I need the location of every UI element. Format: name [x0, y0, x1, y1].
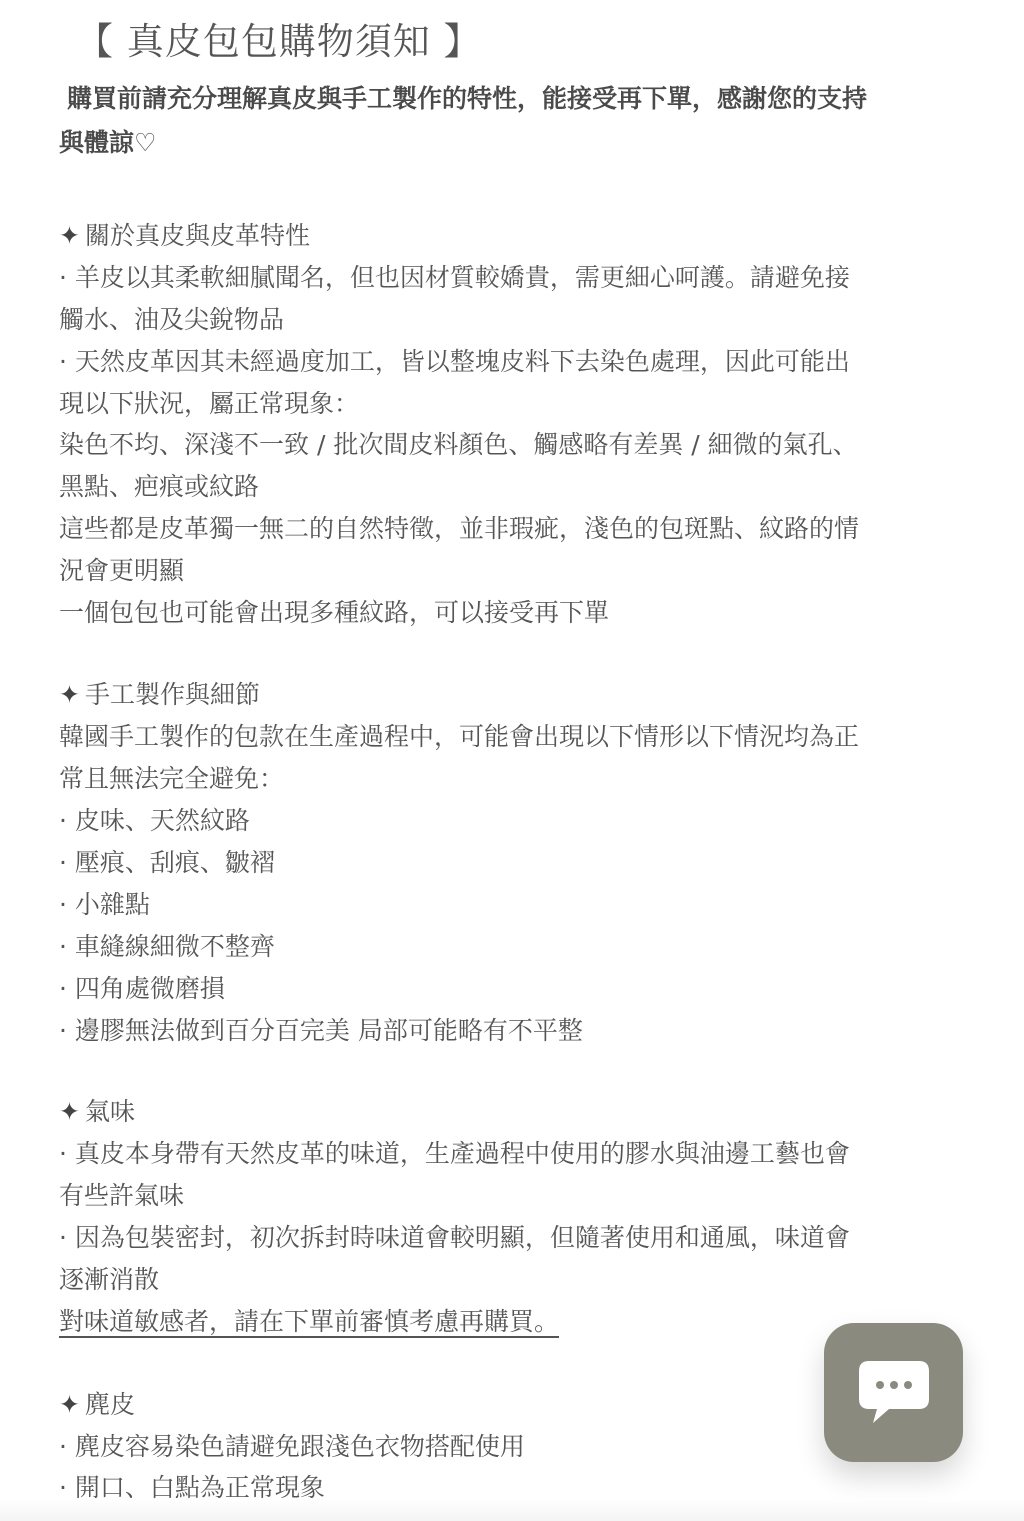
- list-item: · 小雜點: [59, 884, 150, 926]
- intro-line-1: 購買前請充分理解真皮與手工製作的特性，能接受再下單，感謝您的支持: [59, 77, 974, 121]
- text-line: 黑點、疤痕或紋路: [59, 466, 259, 508]
- intro-notice: 購買前請充分理解真皮與手工製作的特性，能接受再下單，感謝您的支持 與體諒♡: [59, 77, 974, 165]
- star-icon: ✦: [59, 1384, 85, 1426]
- text-line: · 真皮本身帶有天然皮革的味道，生產過程中使用的膠水與油邊工藝也會: [59, 1133, 850, 1175]
- list-item: · 皮味、天然紋路: [59, 800, 250, 842]
- text-line: 現以下狀況，屬正常現象：: [59, 383, 359, 425]
- text-line: 有些許氣味: [59, 1175, 184, 1217]
- section-heading-smell: ✦氣味: [59, 1091, 135, 1133]
- section-heading-suede: ✦麂皮: [59, 1384, 135, 1426]
- bottom-fade: [0, 1499, 1024, 1521]
- star-icon: ✦: [59, 215, 85, 257]
- text-line: 染色不均、深淺不一致 / 批次間皮料顏色、觸感略有差異 / 細微的氣孔、: [59, 424, 858, 466]
- text-line: · 羊皮以其柔軟細膩聞名，但也因材質較嬌貴，需更細心呵護。請避免接: [59, 257, 850, 299]
- text-line: · 因為包裝密封，初次拆封時味道會較明顯，但隨著使用和通風，味道會: [59, 1217, 850, 1259]
- text-line: 觸水、油及尖銳物品: [59, 299, 284, 341]
- star-icon: ✦: [59, 1091, 85, 1133]
- section-heading-handmade: ✦手工製作與細節: [59, 674, 260, 716]
- smell-warning: 對味道敏感者，請在下單前審慎考慮再購買。: [59, 1301, 559, 1343]
- chat-bubble-icon: [859, 1361, 929, 1425]
- list-item: · 車縫線細微不整齊: [59, 926, 275, 968]
- list-item: · 麂皮容易染色請避免跟淺色衣物搭配使用: [59, 1426, 525, 1468]
- text-line: 一個包包也可能會出現多種紋路，可以接受再下單: [59, 592, 609, 634]
- page-title: 【 真皮包包購物須知 】: [76, 14, 482, 70]
- text-line: · 天然皮革因其未經過度加工，皆以整塊皮料下去染色處理，因此可能出: [59, 341, 850, 383]
- list-item: · 四角處微磨損: [59, 968, 225, 1010]
- star-icon: ✦: [59, 674, 85, 716]
- section-heading-leather: ✦關於真皮與皮革特性: [59, 215, 310, 257]
- text-line: 常且無法完全避免：: [59, 758, 284, 800]
- text-line: 逐漸消散: [59, 1259, 159, 1301]
- chat-button[interactable]: [824, 1323, 963, 1462]
- list-item: · 邊膠無法做到百分百完美 局部可能略有不平整: [59, 1010, 583, 1052]
- text-line: 況會更明顯: [59, 550, 184, 592]
- intro-line-2: 與體諒♡: [59, 121, 974, 165]
- text-line: 韓國手工製作的包款在生產過程中，可能會出現以下情形以下情況均為正: [59, 716, 859, 758]
- list-item: · 壓痕、刮痕、皺褶: [59, 842, 275, 884]
- text-line: 這些都是皮革獨一無二的自然特徵，並非瑕疵，淺色的包斑點、紋路的情: [59, 508, 859, 550]
